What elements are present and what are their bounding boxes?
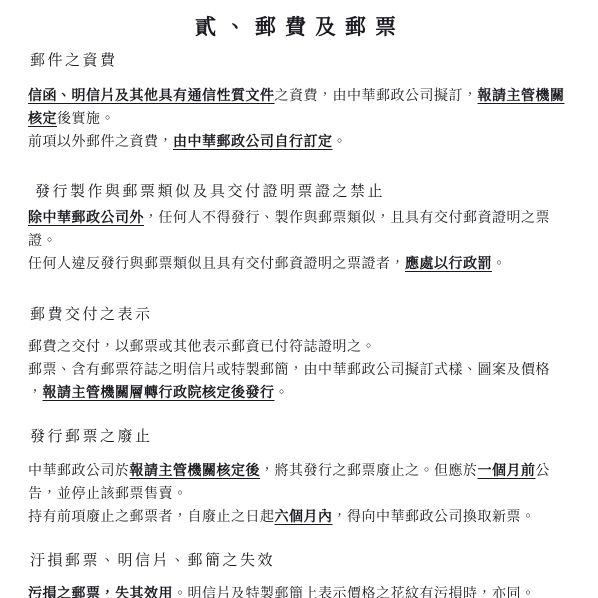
emphasized-text: 一個月前 xyxy=(478,463,536,479)
section-heading: 郵費交付之表示 xyxy=(30,306,572,322)
paragraph: 除中華郵政公司外，任何人不得發行、製作與郵票類似，且具有交付郵資證明之票證。 xyxy=(28,207,572,253)
paragraph: 持有前項廢止之郵票者，自廢止之日起六個月內，得向中華郵政公司換取新票。 xyxy=(28,506,572,529)
paragraph: 信函、明信片及其他具有通信性質文件之資費，由中華郵政公司擬訂，報請主管機關核定後… xyxy=(28,85,572,131)
emphasized-text: 應處以行政罰 xyxy=(405,256,492,272)
emphasized-text: 報請主管機關核定後 xyxy=(130,463,261,479)
emphasized-text: 由中華郵政公司自行訂定 xyxy=(173,134,333,150)
paragraph: 郵票、含有郵票符誌之明信片或特製郵簡，由中華郵政公司擬訂式樣、圖案及價格 xyxy=(28,359,572,382)
text-run: 持有前項廢止之郵票者，自廢止之日起 xyxy=(28,509,275,525)
text-run: 郵費之交付，以郵票或其他表示郵資已付符誌證明之。 xyxy=(28,339,376,355)
document-sections: 郵件之資費信函、明信片及其他具有通信性質文件之資費，由中華郵政公司擬訂，報請主管… xyxy=(28,52,572,598)
document-page: 貳、郵費及郵票 郵件之資費信函、明信片及其他具有通信性質文件之資費，由中華郵政公… xyxy=(0,0,598,598)
text-run: ， xyxy=(28,385,43,401)
emphasized-text: 報請主管機關層轉行政院核定後發行 xyxy=(43,385,275,401)
document-section: 汙損郵票、明信片、郵簡之失效污損之郵票，失其效用。明信片及特製郵簡上表示價格之花… xyxy=(28,552,572,598)
section-heading: 發行郵票之廢止 xyxy=(30,428,572,444)
text-run: 郵票、含有郵票符誌之明信片或特製郵簡，由中華郵政公司擬訂式樣、圖案及價格 xyxy=(28,362,550,378)
section-heading: 郵件之資費 xyxy=(30,52,572,68)
text-run: 之資費，由中華郵政公司擬訂， xyxy=(275,88,478,104)
document-title: 貳、郵費及郵票 xyxy=(28,12,572,42)
paragraph: 任何人違反發行與郵票類似且具有交付郵資證明之票證者，應處以行政罰。 xyxy=(28,253,572,276)
text-run: 任何人違反發行與郵票類似且具有交付郵資證明之票證者， xyxy=(28,256,405,272)
section-heading: 發行製作與郵票類似及具交付證明票證之禁止 xyxy=(35,183,572,199)
text-run: 。 xyxy=(275,385,290,401)
text-run: 中華郵政公司於 xyxy=(28,463,130,479)
emphasized-text: 六個月內 xyxy=(275,509,333,525)
paragraph: 郵費之交付，以郵票或其他表示郵資已付符誌證明之。 xyxy=(28,336,572,359)
text-run: ，將其發行之郵票廢止之。但應於 xyxy=(260,463,478,479)
document-section: 發行郵票之廢止中華郵政公司於報請主管機關核定後，將其發行之郵票廢止之。但應於一個… xyxy=(28,428,572,529)
emphasized-text: 除中華郵政公司外 xyxy=(28,210,144,226)
text-run: 。明信片及特製郵簡上表示價格之花紋有污損時，亦同。 xyxy=(173,586,536,598)
paragraph: 中華郵政公司於報請主管機關核定後，將其發行之郵票廢止之。但應於一個月前公告，並停… xyxy=(28,460,572,506)
emphasized-text: 污損之郵票，失其效用 xyxy=(28,586,173,598)
text-run: 前項以外郵件之資費， xyxy=(28,134,173,150)
emphasized-text: 信函、明信片及其他具有通信性質文件 xyxy=(28,88,275,104)
document-section: 發行製作與郵票類似及具交付證明票證之禁止除中華郵政公司外，任何人不得發行、製作與… xyxy=(28,183,572,276)
text-run: 。 xyxy=(333,134,348,150)
text-run: 後實施。 xyxy=(57,111,115,127)
paragraph: 污損之郵票，失其效用。明信片及特製郵簡上表示價格之花紋有污損時，亦同。 xyxy=(28,583,572,598)
paragraph: ，報請主管機關層轉行政院核定後發行。 xyxy=(28,382,572,405)
text-run: ，得向中華郵政公司換取新票。 xyxy=(333,509,536,525)
section-heading: 汙損郵票、明信片、郵簡之失效 xyxy=(30,552,572,568)
document-section: 郵件之資費信函、明信片及其他具有通信性質文件之資費，由中華郵政公司擬訂，報請主管… xyxy=(28,52,572,154)
document-section: 郵費交付之表示郵費之交付，以郵票或其他表示郵資已付符誌證明之。郵票、含有郵票符誌… xyxy=(28,306,572,405)
paragraph: 前項以外郵件之資費，由中華郵政公司自行訂定。 xyxy=(28,131,572,154)
text-run: 。 xyxy=(492,256,507,272)
